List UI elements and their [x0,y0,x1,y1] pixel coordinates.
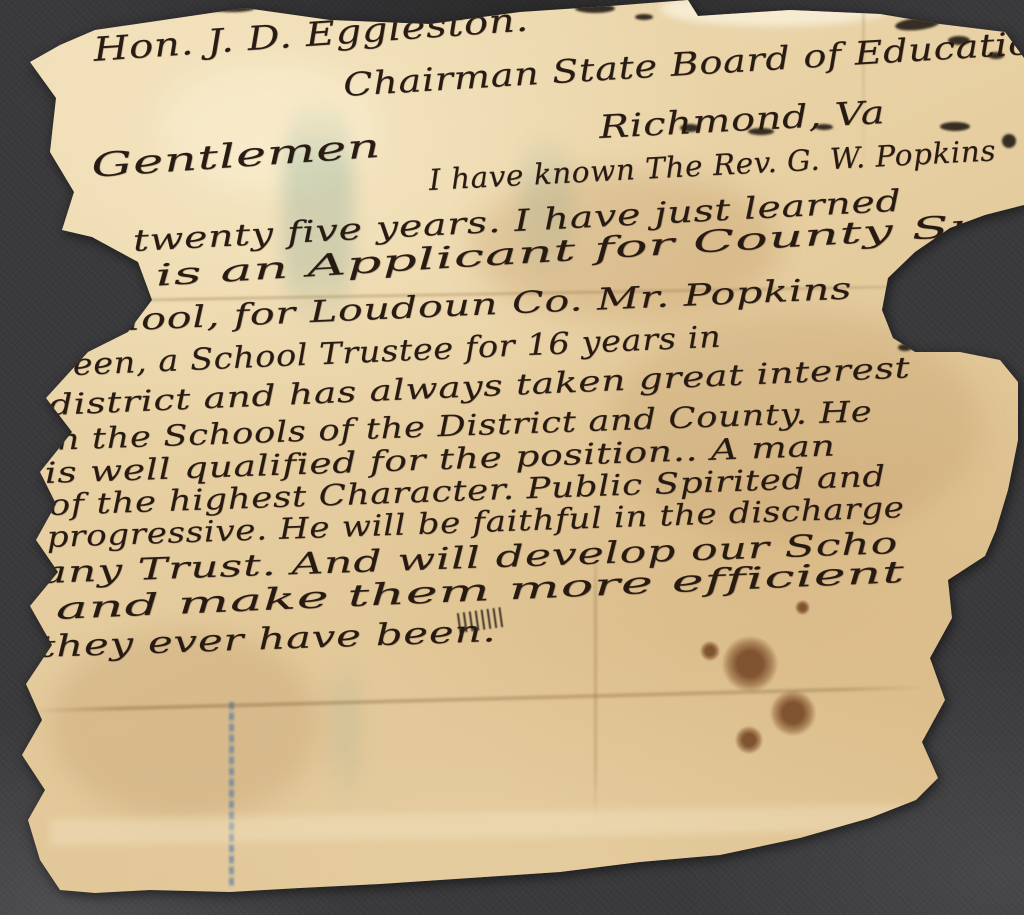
ink-smudge [86,16,96,22]
letter-paper-wrap: Hon. J. D. Eggleston. Chairman State Boa… [0,0,1024,915]
ink-smudge [310,10,335,17]
letter-paper: Hon. J. D. Eggleston. Chairman State Boa… [0,0,1024,915]
photo-background: Hon. J. D. Eggleston. Chairman State Boa… [0,0,1024,915]
